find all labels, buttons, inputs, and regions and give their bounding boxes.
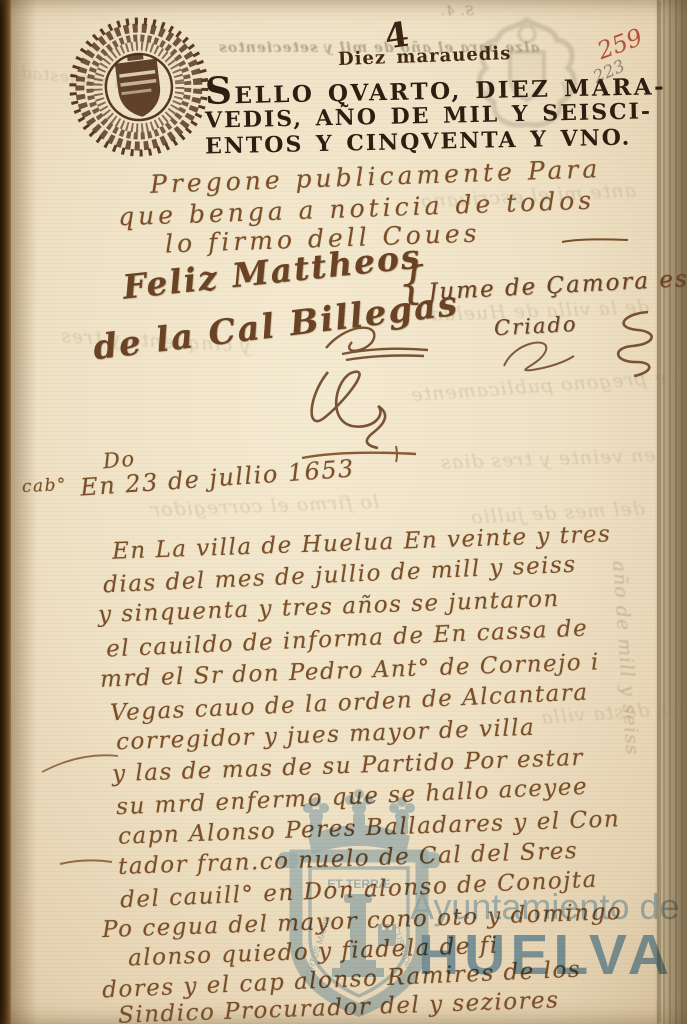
rubric-spiral-icon (604, 306, 662, 380)
watermark-city-text: HUELVA (418, 922, 674, 988)
svg-text:PORTUS MARIS: PORTUS MARIS (302, 915, 333, 983)
binding-edge (0, 0, 11, 1024)
margin-cabildo-abbrev: cab° (22, 475, 68, 497)
svg-text:CUSTODIA: CUSTODIA (391, 925, 415, 972)
ghost-line: lo firmo el corregidor (150, 491, 380, 521)
rubric-flourish-icon (322, 318, 432, 366)
margin-stroke (40, 748, 120, 774)
manuscript-page: alze para el año de mil y setecientos S.… (0, 0, 687, 1024)
signature-right-brace: { (396, 257, 429, 310)
huelva-watermark: ET TERRÆ PORTUS MARIS CUSTODIA Ayuntamie… (270, 790, 670, 1020)
binding-shadow (11, 0, 37, 1024)
seal-stamp-icon (46, 0, 232, 175)
ghost-line: año de mill y seiss (608, 560, 644, 756)
line-end-dash (560, 236, 630, 246)
svg-text:ET TERRÆ: ET TERRÆ (327, 877, 390, 891)
margin-stroke (58, 856, 114, 868)
ghost-line: en veinte y tres dias (440, 444, 656, 474)
rubric-flourish-icon (498, 332, 578, 376)
